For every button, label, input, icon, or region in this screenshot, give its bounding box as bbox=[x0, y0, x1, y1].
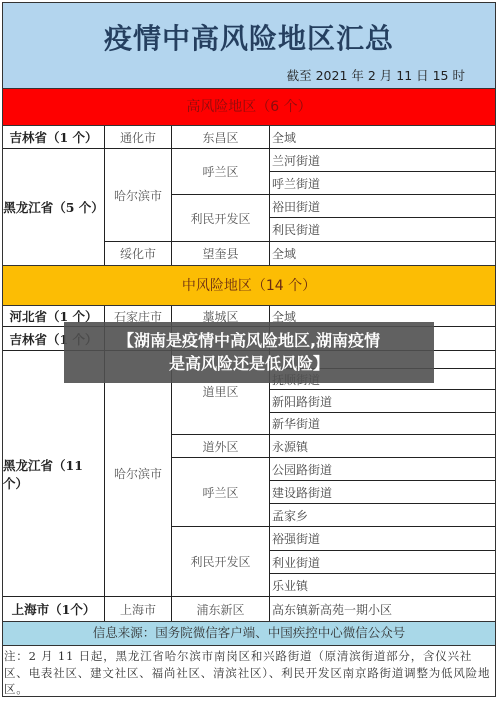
city-cell: 哈尔滨市 bbox=[105, 149, 172, 242]
caption-overlay: 【湖南是疫情中高风险地区,湖南疫情 是高风险还是低风险】 bbox=[64, 322, 434, 383]
district-cell: 呼兰区 bbox=[172, 149, 270, 195]
area-cell: 呼兰街道 bbox=[270, 172, 495, 195]
area-cell: 全域 bbox=[270, 126, 495, 149]
district-cell: 望奎县 bbox=[172, 242, 270, 265]
district-cell: 浦东新区 bbox=[172, 597, 270, 621]
medium-risk-banner: 中风险地区（14 个） bbox=[3, 265, 495, 306]
area-cell: 裕田街道 bbox=[270, 195, 495, 218]
area-cell: 裕强街道 bbox=[270, 527, 495, 551]
area-cell: 孟家乡 bbox=[270, 504, 495, 527]
info-source: 信息来源：国务院微信客户端、中国疾控中心微信公众号 bbox=[3, 621, 495, 646]
city-cell: 绥化市 bbox=[105, 242, 172, 265]
area-cell: 永源镇 bbox=[270, 435, 495, 458]
city-cell: 上海市 bbox=[105, 597, 172, 621]
caption-line-2: 是高风险还是低风险】 bbox=[64, 352, 434, 375]
header: 疫情中高风险地区汇总 截至 2021 年 2 月 11 日 15 时 bbox=[3, 3, 495, 89]
area-cell: 利民街道 bbox=[270, 218, 495, 242]
district-cell: 呼兰区 bbox=[172, 458, 270, 527]
province-cell: 黑龙江省（5 个） bbox=[3, 149, 105, 265]
province-cell: 上海市（1个） bbox=[3, 597, 105, 621]
district-cell: 利民开发区 bbox=[172, 527, 270, 597]
area-cell: 全域 bbox=[270, 242, 495, 265]
area-cell: 建设路街道 bbox=[270, 481, 495, 504]
caption-line-1: 【湖南是疫情中高风险地区,湖南疫情 bbox=[64, 329, 434, 352]
district-cell: 东昌区 bbox=[172, 126, 270, 149]
as-of-date: 截至 2021 年 2 月 11 日 15 时 bbox=[287, 66, 465, 84]
city-cell: 通化市 bbox=[105, 126, 172, 149]
city-cell: 哈尔滨市 bbox=[105, 351, 172, 597]
area-cell: 利业街道 bbox=[270, 551, 495, 574]
area-cell: 兰河街道 bbox=[270, 149, 495, 172]
page-title: 疫情中高风险地区汇总 bbox=[3, 17, 495, 57]
area-cell: 公园路街道 bbox=[270, 458, 495, 481]
province-cell: 吉林省（1 个） bbox=[3, 126, 105, 149]
footnote: 注：2 月 11 日起，黑龙江省哈尔滨市南岗区和兴路街道（原清滨街道部分，含仪兴… bbox=[4, 648, 492, 698]
district-cell: 利民开发区 bbox=[172, 195, 270, 242]
district-cell: 道外区 bbox=[172, 435, 270, 458]
area-cell: 新阳路街道 bbox=[270, 390, 495, 413]
area-cell: 新华街道 bbox=[270, 413, 495, 435]
high-risk-banner: 高风险地区（6 个） bbox=[3, 89, 495, 126]
area-cell: 乐业镇 bbox=[270, 574, 495, 597]
area-cell: 高东镇新高苑一期小区 bbox=[270, 597, 495, 621]
province-cell: 黑龙江省（11 个） bbox=[3, 351, 105, 597]
